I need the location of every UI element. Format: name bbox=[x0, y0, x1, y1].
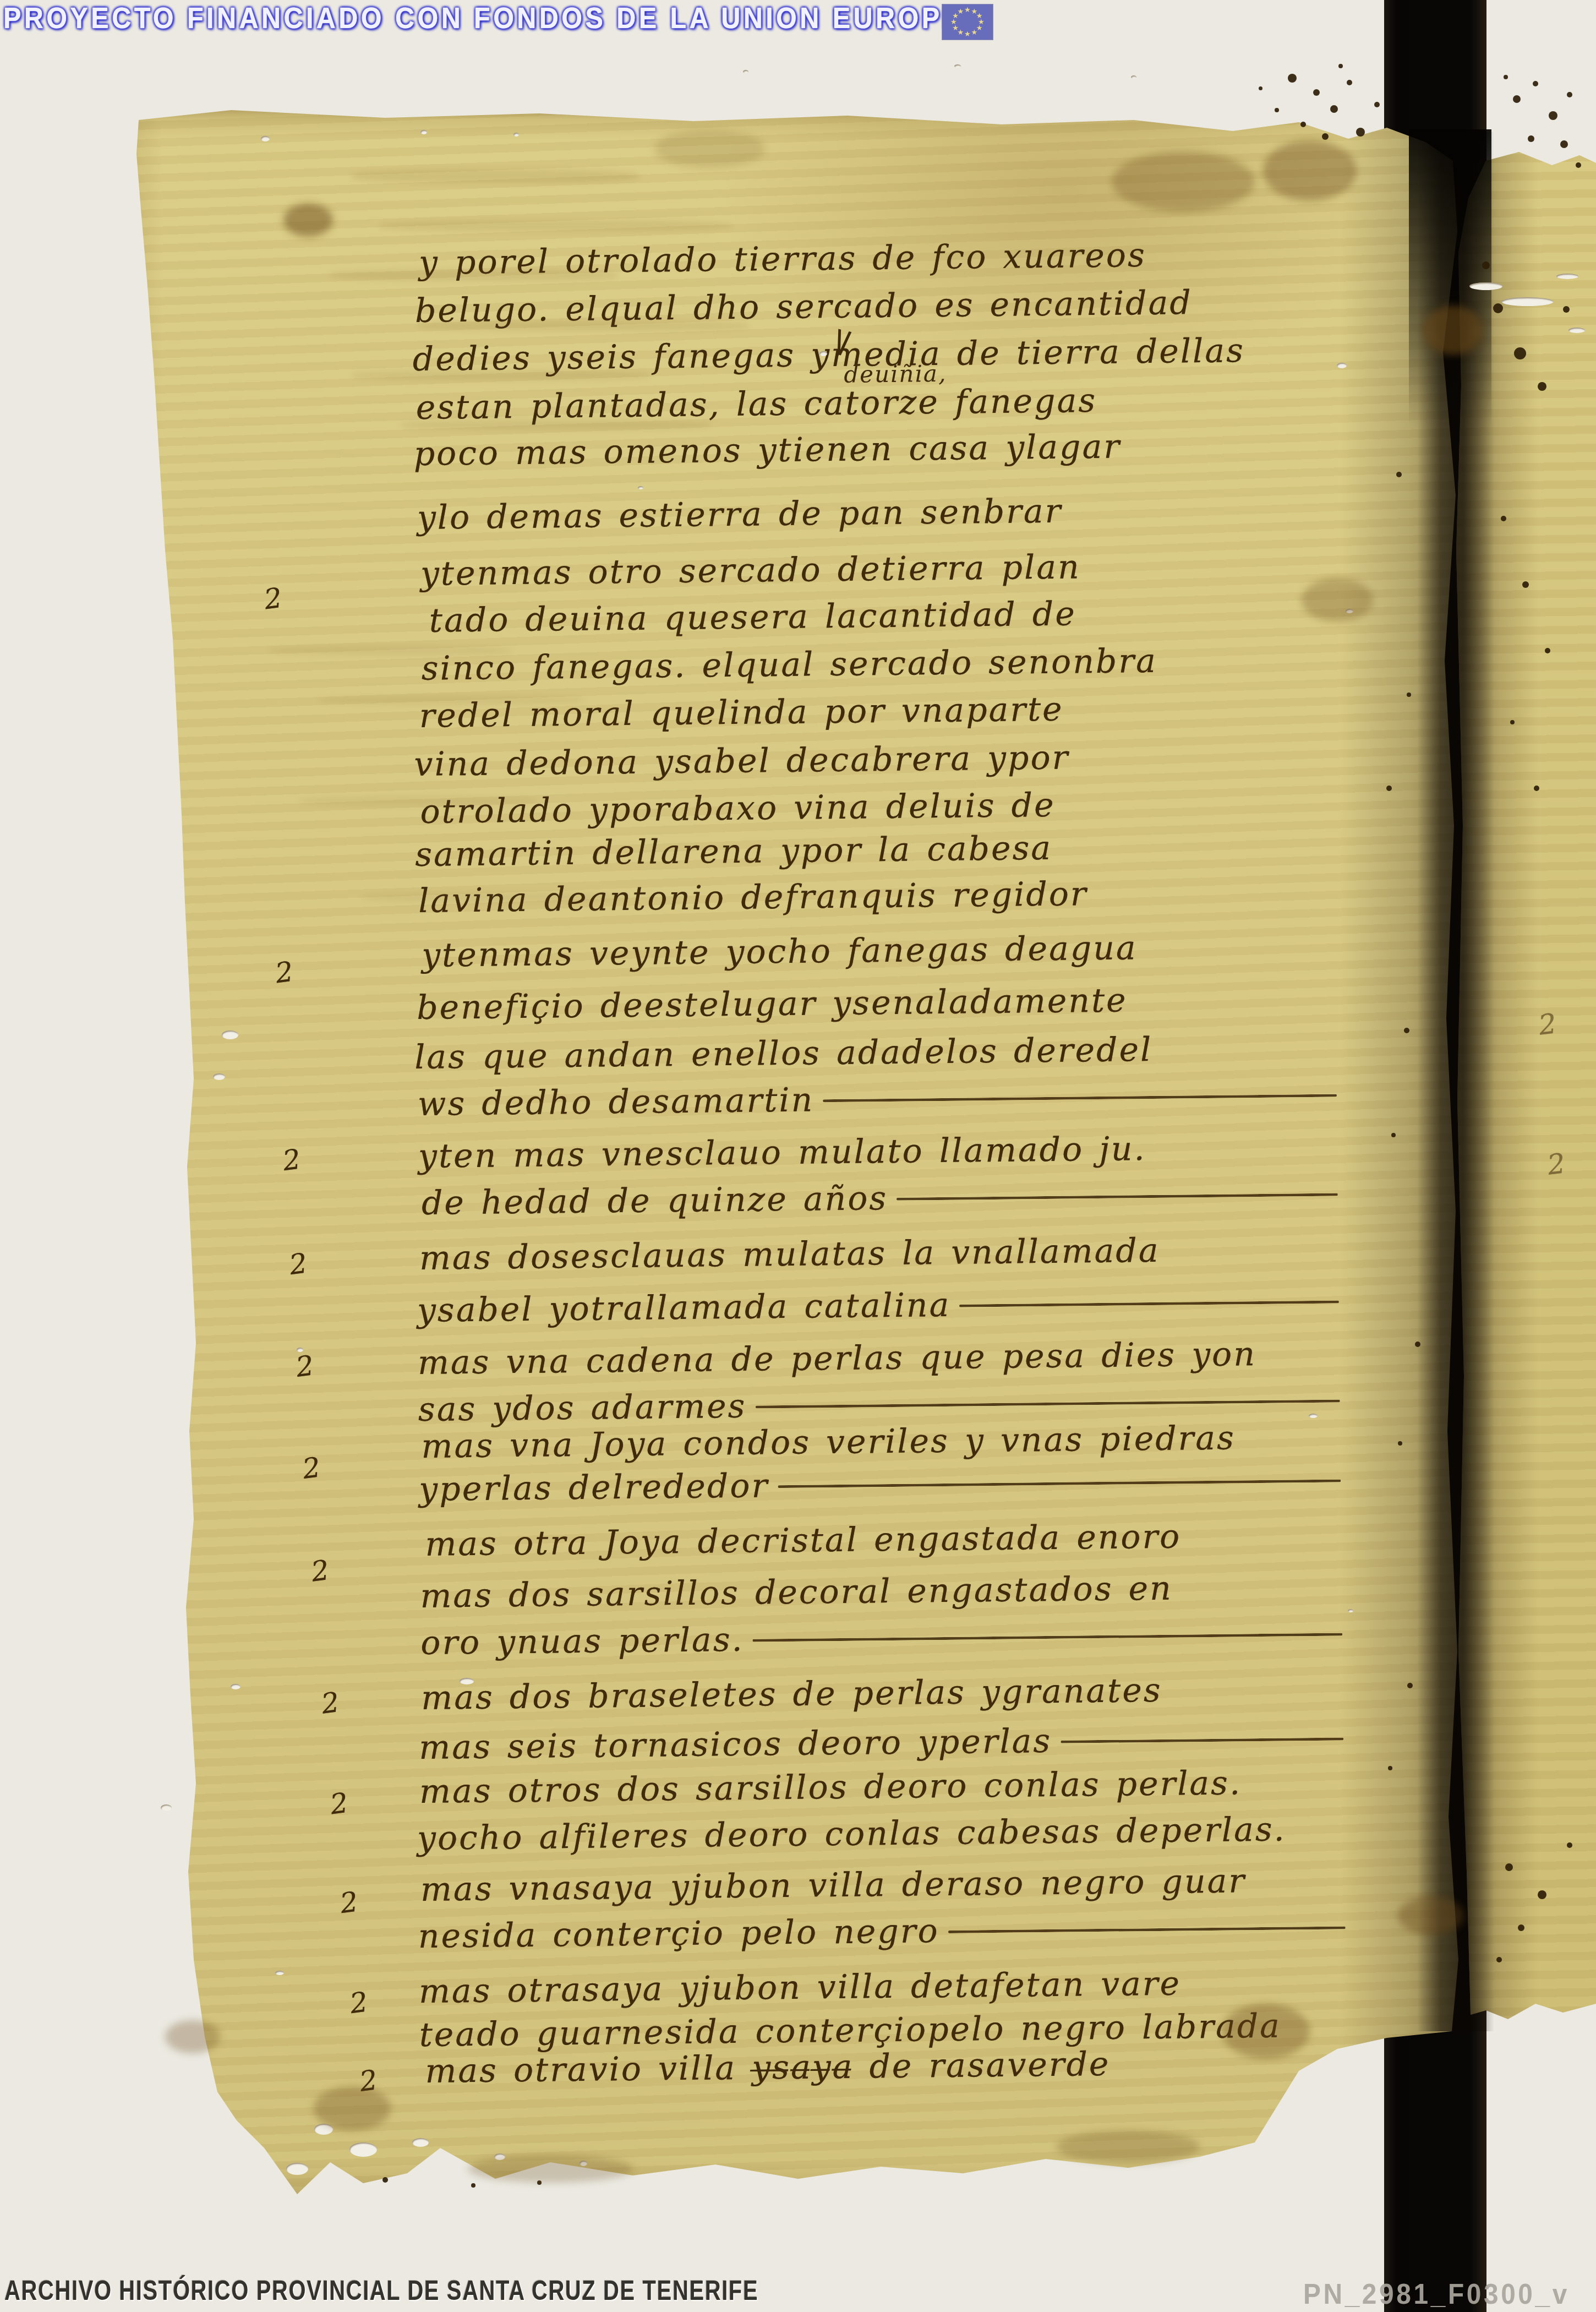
wormhole-spot bbox=[471, 2183, 475, 2188]
paper-stain bbox=[363, 893, 627, 902]
margin-mark: 2 bbox=[1546, 1147, 1567, 1181]
paper-stain bbox=[655, 129, 765, 168]
wormhole-spot bbox=[1493, 303, 1503, 313]
wormhole-spot bbox=[1496, 1957, 1502, 1962]
wormhole-spot bbox=[1534, 786, 1539, 791]
reference-code: PN_2981_F0300_v bbox=[1303, 2278, 1570, 2311]
paper-hole bbox=[161, 1804, 172, 1811]
paper-hole bbox=[1131, 75, 1136, 79]
wormhole-spot bbox=[1386, 786, 1392, 791]
wormhole-spot bbox=[1567, 1842, 1572, 1848]
wormhole-spot bbox=[1505, 1863, 1513, 1871]
paper-stain bbox=[352, 170, 638, 183]
flag-star: ★ bbox=[964, 6, 971, 14]
flag-star: ★ bbox=[958, 7, 964, 16]
wormhole-spot bbox=[1347, 80, 1352, 85]
wormhole-spot bbox=[1518, 1924, 1524, 1931]
paper-stain bbox=[1112, 151, 1255, 212]
paper-hole bbox=[222, 1030, 238, 1039]
item-rule bbox=[897, 1193, 1338, 1200]
manuscript-line: de hedad de quinze años bbox=[422, 1170, 1344, 1227]
manuscript-line: ytenmas veynte yocho fanegas deagua bbox=[422, 922, 1341, 979]
margin-mark: 2 bbox=[300, 1451, 322, 1485]
manuscript-line: mas otra Joya decristal engastada enoro bbox=[425, 1511, 1347, 1568]
wormhole-spot bbox=[1313, 89, 1320, 96]
manuscript-line: mas otravio villa y̶s̶a̶y̶a̶ de rasaverd… bbox=[425, 2038, 1353, 2095]
paper-stain bbox=[283, 204, 333, 237]
binding-gutter-shadow-top bbox=[1409, 129, 1491, 427]
archive-name-caption: ARCHIVO HISTÓRICO PROVINCIAL DE SANTA CR… bbox=[4, 2275, 758, 2306]
paper-stain bbox=[1302, 578, 1373, 622]
paper-stain bbox=[300, 797, 537, 805]
wormhole-spot bbox=[1567, 92, 1572, 97]
manuscript-text-layer: y porel otrolado tierras de fco xuareosb… bbox=[110, 98, 1480, 2220]
paper-hole bbox=[638, 486, 643, 489]
manuscript-line: mas dosesclauas mulatas la vnallamada bbox=[419, 1225, 1344, 1282]
paper-stain bbox=[1222, 2004, 1310, 2059]
manuscript-line: benefiçio deestelugar ysenaladamente bbox=[417, 974, 1342, 1032]
paper-stain bbox=[402, 420, 710, 430]
wormhole-spot bbox=[1514, 347, 1526, 359]
manuscript-line: nesida conterçio pelo negro bbox=[418, 1903, 1351, 1960]
paper-hole bbox=[213, 1073, 225, 1080]
manuscript-line: yocho alfileres deoro conlas cabesas dep… bbox=[417, 1805, 1351, 1862]
wormhole-spot bbox=[1538, 1890, 1546, 1899]
wormhole-spot bbox=[382, 2177, 388, 2183]
paper-hole bbox=[819, 351, 827, 356]
paper-hole bbox=[1469, 282, 1502, 290]
manuscript-line: ylo demas estierra de pan senbrar bbox=[417, 484, 1336, 541]
manuscript-page: y porel otrolado tierras de fco xuareosb… bbox=[121, 105, 1469, 2213]
paper-stain bbox=[1263, 140, 1357, 201]
item-rule bbox=[959, 1300, 1339, 1307]
eu-flag-icon: ★★★★★★★★★★★★ bbox=[942, 4, 993, 40]
wormhole-spot bbox=[1259, 86, 1262, 90]
item-rule bbox=[948, 1926, 1346, 1933]
wormhole-spot bbox=[1300, 122, 1306, 127]
manuscript-line: ws dedho desamartin bbox=[418, 1071, 1343, 1128]
wormhole-spot bbox=[1415, 1342, 1420, 1347]
paper-hole bbox=[1568, 328, 1585, 333]
wormhole-spot bbox=[1545, 648, 1550, 653]
paper-stain bbox=[1398, 1896, 1464, 1935]
paper-hole bbox=[1337, 363, 1347, 368]
margin-mark: 2 bbox=[320, 1686, 341, 1720]
paper-stain bbox=[314, 2086, 391, 2130]
paper-hole bbox=[412, 2138, 429, 2147]
margin-mark: 2 bbox=[294, 1349, 315, 1383]
paper-stain bbox=[1423, 306, 1483, 355]
margin-mark: 2 bbox=[338, 1886, 360, 1920]
manuscript-line: ysabel yotrallamada catalina bbox=[417, 1277, 1345, 1334]
wormhole-spot bbox=[1510, 720, 1515, 724]
item-rule bbox=[823, 1094, 1337, 1102]
wormhole-spot bbox=[1338, 64, 1343, 68]
manuscript-line: yperlas delrededor bbox=[419, 1456, 1347, 1513]
margin-mark: 2 bbox=[348, 1986, 369, 2020]
margin-mark: 2 bbox=[274, 956, 295, 990]
manuscript-line: mas dos braseletes de perlas ygranates bbox=[421, 1665, 1349, 1722]
manuscript-line: redel moral quelinda por vnaparte bbox=[419, 683, 1338, 739]
wormhole-spot bbox=[1538, 382, 1546, 391]
wormhole-spot bbox=[1275, 108, 1279, 112]
paper-hole bbox=[420, 130, 427, 134]
margin-mark: 2 bbox=[287, 1247, 309, 1281]
margin-mark: 2 bbox=[309, 1554, 331, 1588]
wormhole-spot bbox=[1549, 111, 1557, 120]
paper-stain bbox=[319, 696, 583, 705]
paper-hole bbox=[1501, 297, 1554, 306]
paper-stain bbox=[352, 370, 649, 380]
paper-stain bbox=[165, 2020, 220, 2053]
archive-scan-viewer: y porel otrolado tierras de fco xuareosb… bbox=[0, 0, 1596, 2312]
wormhole-spot bbox=[1404, 1028, 1409, 1033]
paper-stain bbox=[468, 2155, 633, 2183]
wormhole-spot bbox=[1560, 140, 1568, 148]
paper-stain bbox=[330, 270, 616, 281]
paper-hole bbox=[297, 1348, 303, 1352]
margin-mark: 2 bbox=[281, 1143, 302, 1177]
paper-hole bbox=[275, 1971, 284, 1975]
interlinear-note: deuiñia, bbox=[844, 360, 947, 388]
wormhole-spot bbox=[1356, 128, 1365, 137]
item-rule bbox=[753, 1633, 1343, 1642]
item-rule bbox=[755, 1399, 1340, 1408]
paper-hole bbox=[1556, 274, 1578, 279]
wormhole-spot bbox=[1388, 1766, 1392, 1770]
wormhole-spot bbox=[1482, 261, 1490, 269]
wormhole-spot bbox=[1513, 95, 1521, 103]
paper-stain bbox=[270, 646, 512, 655]
paper-hole bbox=[513, 133, 519, 137]
wormhole-spot bbox=[1576, 162, 1581, 168]
wormhole-spot bbox=[1322, 133, 1329, 140]
wormhole-spot bbox=[1504, 75, 1508, 79]
manuscript-line: oro ynuas perlas. bbox=[420, 1610, 1348, 1667]
margin-mark: 2 bbox=[1537, 1007, 1559, 1041]
paper-stain bbox=[1057, 2130, 1200, 2163]
wormhole-spot bbox=[1501, 516, 1506, 521]
wormhole-spot bbox=[1288, 74, 1297, 83]
wormhole-spot bbox=[1391, 1133, 1396, 1137]
paper-hole bbox=[286, 2163, 308, 2175]
paper-stain bbox=[418, 321, 748, 331]
paper-stain bbox=[380, 220, 732, 231]
paper-hole bbox=[231, 1684, 241, 1689]
wormhole-spot bbox=[1522, 581, 1529, 588]
paper-hole bbox=[1309, 1414, 1318, 1418]
item-rule bbox=[778, 1479, 1341, 1488]
paper-hole bbox=[743, 70, 748, 73]
margin-mark: 2 bbox=[263, 582, 284, 616]
wormhole-spot bbox=[1407, 692, 1411, 697]
wormhole-spot bbox=[1396, 472, 1402, 477]
wormhole-spot bbox=[1330, 105, 1338, 113]
item-rule bbox=[1061, 1737, 1343, 1743]
paper-hole bbox=[954, 64, 961, 68]
wormhole-spot bbox=[1374, 102, 1380, 107]
wormhole-spot bbox=[1533, 81, 1538, 86]
flag-star: ★ bbox=[964, 30, 971, 39]
paper-hole bbox=[460, 1678, 474, 1684]
wormhole-spot bbox=[1563, 306, 1570, 313]
wormhole-spot bbox=[1407, 1683, 1413, 1688]
manuscript-line: tado deuina quesera lacantidad de bbox=[429, 587, 1337, 644]
paper-hole bbox=[261, 136, 270, 141]
paper-hole bbox=[349, 2142, 377, 2157]
flag-star: ★ bbox=[971, 28, 978, 37]
wormhole-spot bbox=[1528, 135, 1534, 142]
wormhole-spot bbox=[1398, 1441, 1402, 1446]
margin-mark: 2 bbox=[329, 1787, 350, 1821]
paper-hole bbox=[1348, 1609, 1353, 1612]
funding-banner-text: PROYECTO FINANCIADO CON FONDOS DE LA UNI… bbox=[3, 1, 986, 35]
